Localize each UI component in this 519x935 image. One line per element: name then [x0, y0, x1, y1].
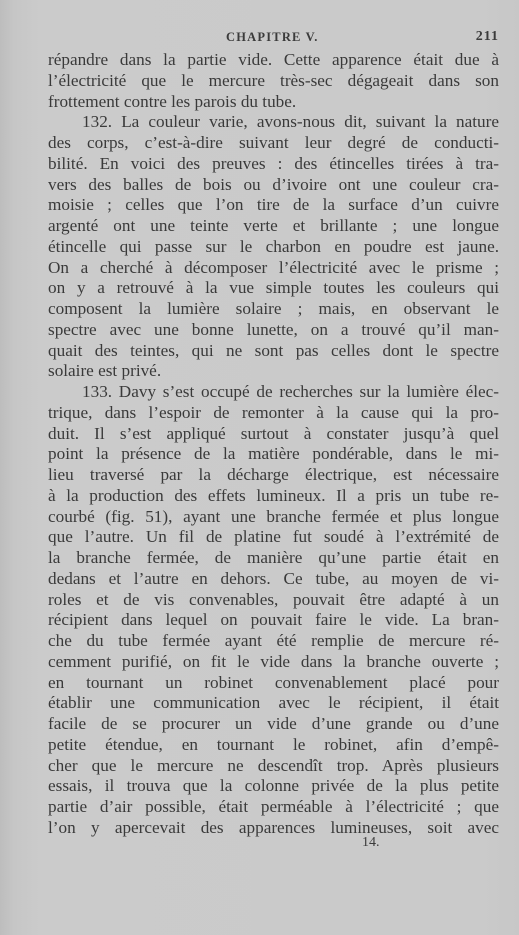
- text-line: point la présence de la matière pondérab…: [48, 444, 499, 465]
- text-line: argenté ont une teinte verte et brillant…: [48, 216, 499, 237]
- text-line: che du tube fermée ayant été remplie de …: [48, 631, 499, 652]
- text-line: des corps, c’est-à-dire suivant leur deg…: [48, 133, 499, 154]
- text-line: essais, il trouva que la colonne privée …: [48, 776, 499, 797]
- text-line: composent la lumière solaire ; mais, en …: [48, 299, 499, 320]
- text-line: cher que le mercure ne descendît trop. A…: [48, 756, 499, 777]
- text-line: cemment purifié, on fit le vide dans la …: [48, 652, 499, 673]
- text-line: duit. Il s’est appliqué surtout à consta…: [48, 424, 499, 445]
- text-line: vers des balles de bois ou d’ivoire ont …: [48, 175, 499, 196]
- body-text: répandre dans la partie vide. Cette appa…: [48, 50, 499, 839]
- chapter-title: CHAPITRE V.: [226, 30, 319, 45]
- text-line: que l’autre. Un fil de platine fut soudé…: [48, 527, 499, 548]
- text-line: étincelle qui passe sur le charbon en po…: [48, 237, 499, 258]
- text-line: dedans et l’autre en dehors. Ce tube, au…: [48, 569, 499, 590]
- text-line: établir une communication avec le récipi…: [48, 693, 499, 714]
- book-page: CHAPITRE V. 211 répandre dans la partie …: [48, 30, 499, 839]
- running-head: CHAPITRE V. 211: [48, 30, 499, 50]
- text-line: courbé (fig. 51), ayant une branche ferm…: [48, 507, 499, 528]
- text-line: partie d’air possible, était perméable à…: [48, 797, 499, 818]
- text-line: récipient dans lequel on pouvait faire l…: [48, 610, 499, 631]
- text-line: quait des teintes, qui ne sont pas celle…: [48, 341, 499, 362]
- text-line: la branche fermée, de manière qu’une par…: [48, 548, 499, 569]
- text-line: on y a retrouvé à la vue simple toutes l…: [48, 278, 499, 299]
- text-line: On a cherché à décomposer l’électricité …: [48, 258, 499, 279]
- text-line: petite étendue, en tournant le robinet, …: [48, 735, 499, 756]
- text-line: roles et de vis convenables, pouvait êtr…: [48, 590, 499, 611]
- text-line: lieu traversé par la décharge électrique…: [48, 465, 499, 486]
- text-line: l’on y apercevait des apparences lumineu…: [48, 818, 499, 839]
- text-line: bilité. En voici des preuves : des étinc…: [48, 154, 499, 175]
- signature-mark: 14.: [362, 835, 380, 851]
- text-line: frottement contre les parois du tube.: [48, 92, 499, 113]
- text-line: solaire est privé.: [48, 361, 499, 382]
- text-line: à la production des effets lumineux. Il …: [48, 486, 499, 507]
- text-line: spectre avec une bonne lunette, on a tro…: [48, 320, 499, 341]
- text-line: trique, dans l’espoir de remonter à la c…: [48, 403, 499, 424]
- text-line: l’électricité que le mercure très-sec dé…: [48, 71, 499, 92]
- text-line: répandre dans la partie vide. Cette appa…: [48, 50, 499, 71]
- text-line: moisie ; celles que l’on tire de la surf…: [48, 195, 499, 216]
- text-line: en tournant un robinet convenablement pl…: [48, 673, 499, 694]
- section-133-first-line: 133. Davy s’est occupé de recherches sur…: [48, 382, 499, 403]
- page-number: 211: [476, 29, 499, 45]
- section-132-first-line: 132. La couleur varie, avons-nous dit, s…: [48, 112, 499, 133]
- text-line: facile de se procurer un vide d’une gran…: [48, 714, 499, 735]
